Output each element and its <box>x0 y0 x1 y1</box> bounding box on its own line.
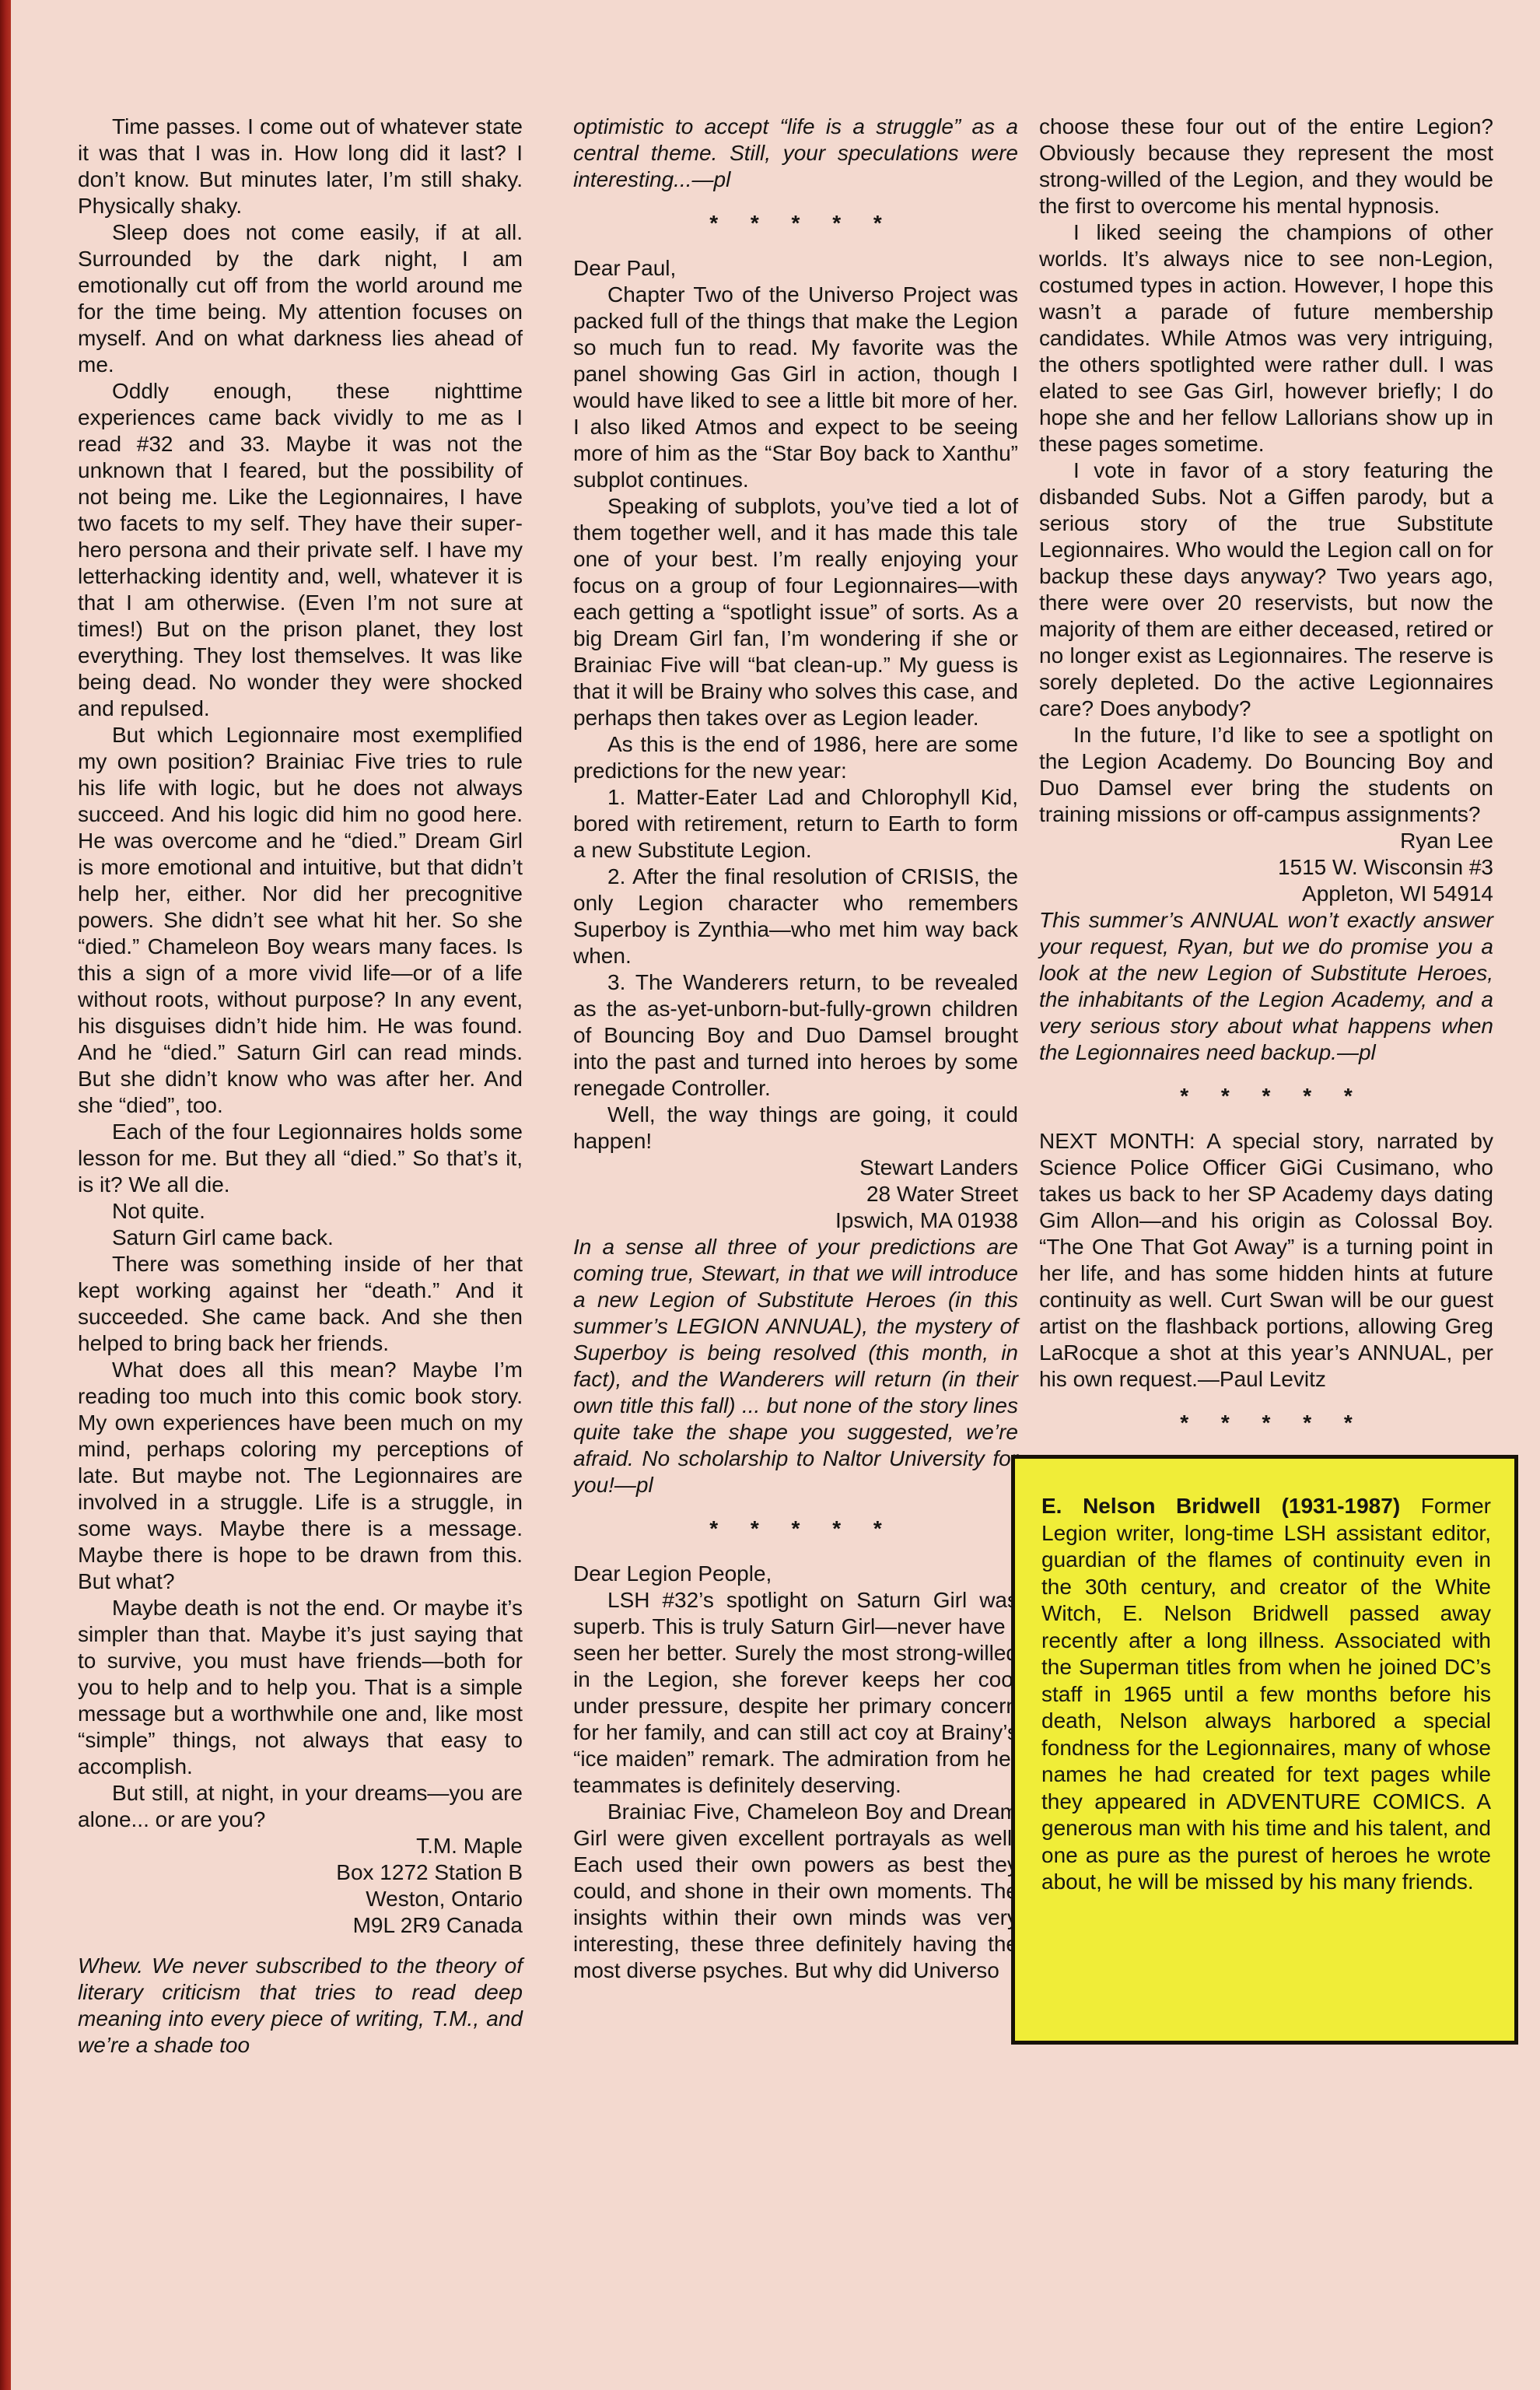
letter-paragraph: Time passes. I come out of whatever stat… <box>78 114 523 219</box>
signature-line: Appleton, WI 54914 <box>1039 881 1493 907</box>
letter-paragraph: Not quite. <box>78 1198 523 1225</box>
letter-paragraph: Maybe death is not the end. Or maybe it’… <box>78 1595 523 1780</box>
letter-paragraph: There was something inside of her that k… <box>78 1251 523 1357</box>
column-2-flow: optimistic to accept “life is a struggle… <box>573 114 1018 1984</box>
letter-paragraph: Well, the way things are going, it could… <box>573 1102 1018 1155</box>
letter-paragraph: What does all this mean? Maybe I’m readi… <box>78 1357 523 1595</box>
signature-line: Box 1272 Station B <box>78 1859 523 1886</box>
letter-signature: T.M. MapleBox 1272 Station BWeston, Onta… <box>78 1833 523 1939</box>
obituary-heading: E. Nelson Bridwell (1931-1987) <box>1041 1494 1400 1518</box>
letter-paragraph: Chapter Two of the Universo Project was … <box>573 282 1018 493</box>
signature-line: Ryan Lee <box>1039 828 1493 854</box>
column-3-flow: choose these four out of the entire Legi… <box>1039 114 1493 1436</box>
signature-line: M9L 2R9 Canada <box>78 1912 523 1939</box>
obituary-body: Former Legion writer, long-time LSH assi… <box>1041 1494 1491 1894</box>
obituary-paragraph: E. Nelson Bridwell (1931-1987) Former Le… <box>1041 1493 1491 1896</box>
letters-page: { "page": { "background": "#f3d9cf", "ed… <box>0 0 1540 2390</box>
letter-paragraph: Oddly enough, these nighttime experience… <box>78 378 523 722</box>
letter-signature: Stewart Landers28 Water StreetIpswich, M… <box>573 1155 1018 1234</box>
star-separator: * * * * * <box>573 1516 1018 1542</box>
signature-line: Ipswich, MA 01938 <box>573 1207 1018 1234</box>
editor-reply-paragraph: This summer’s ANNUAL won’t exactly answe… <box>1039 907 1493 1066</box>
editor-reply-paragraph: In a sense all three of your predictions… <box>573 1234 1018 1498</box>
letter-paragraph: But which Legionnaire most exemplified m… <box>78 722 523 1119</box>
letter-paragraph: LSH #32’s spotlight on Saturn Girl was s… <box>573 1587 1018 1799</box>
star-separator: * * * * * <box>573 210 1018 237</box>
letter-paragraph: 2. After the final resolution of CRISIS,… <box>573 864 1018 969</box>
signature-line: Weston, Ontario <box>78 1886 523 1912</box>
letter-paragraph: Sleep does not come easily, if at all. S… <box>78 219 523 378</box>
letter-paragraph: In the future, I’d like to see a spotlig… <box>1039 722 1493 828</box>
letter-paragraph: Dear Paul, <box>573 255 1018 282</box>
letter-paragraph: I vote in favor of a story featuring the… <box>1039 457 1493 722</box>
star-separator: * * * * * <box>1039 1410 1493 1436</box>
letter-paragraph: Dear Legion People, <box>573 1561 1018 1587</box>
letter-paragraph: 1. Matter-Eater Lad and Chlorophyll Kid,… <box>573 784 1018 864</box>
letter-signature: Ryan Lee1515 W. Wisconsin #3Appleton, WI… <box>1039 828 1493 907</box>
column-1-flow: Time passes. I come out of whatever stat… <box>78 114 523 2059</box>
signature-line: 28 Water Street <box>573 1181 1018 1207</box>
letter-paragraph: But still, at night, in your dreams—you … <box>78 1780 523 1833</box>
signature-line: 1515 W. Wisconsin #3 <box>1039 854 1493 881</box>
editor-reply-paragraph: Whew. We never subscribed to the theory … <box>78 1953 523 2059</box>
letter-paragraph: I liked seeing the champions of other wo… <box>1039 219 1493 457</box>
letter-paragraph: Speaking of subplots, you’ve tied a lot … <box>573 493 1018 731</box>
letters-column-3: choose these four out of the entire Legi… <box>1039 114 1493 2045</box>
star-separator: * * * * * <box>1039 1083 1493 1109</box>
letters-column-2: optimistic to accept “life is a struggle… <box>573 114 1018 1984</box>
letters-column-1: Time passes. I come out of whatever stat… <box>78 114 523 2059</box>
signature-line: T.M. Maple <box>78 1833 523 1859</box>
letter-paragraph: NEXT MONTH: A special story, narrated by… <box>1039 1128 1493 1393</box>
letter-paragraph: Each of the four Legionnaires holds some… <box>78 1119 523 1198</box>
bridwell-obituary-box: E. Nelson Bridwell (1931-1987) Former Le… <box>1011 1455 1518 2045</box>
letter-paragraph: Saturn Girl came back. <box>78 1225 523 1251</box>
letter-paragraph: 3. The Wanderers return, to be revealed … <box>573 969 1018 1102</box>
letter-paragraph: Brainiac Five, Chameleon Boy and Dream G… <box>573 1799 1018 1984</box>
letter-paragraph: As this is the end of 1986, here are som… <box>573 731 1018 784</box>
page-left-edge <box>0 0 11 2390</box>
signature-line: Stewart Landers <box>573 1155 1018 1181</box>
editor-reply-paragraph: optimistic to accept “life is a struggle… <box>573 114 1018 193</box>
letter-paragraph: choose these four out of the entire Legi… <box>1039 114 1493 219</box>
